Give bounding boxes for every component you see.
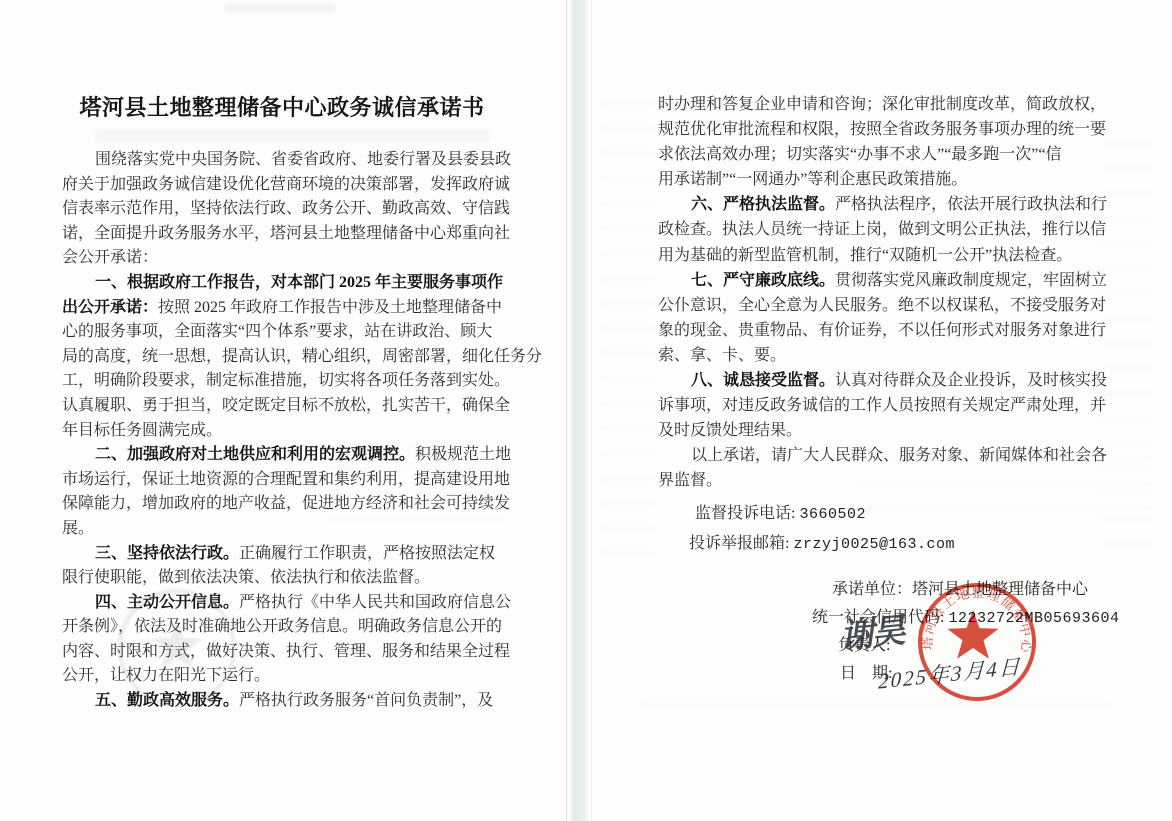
text-line: 保障能力，增加政府的地产收益，促进地方经济和社会可持续发 [62, 492, 508, 517]
text-line: 一、根据政府工作报告，对本部门 2025 年主要服务事项作 [62, 271, 508, 296]
text-line: 用承诺制”“一网通办”等利企惠民政策措施。 [658, 167, 1104, 192]
text-line: 出公开承诺：按照 2025 年政府工作报告中涉及土地整理储备中 [62, 296, 508, 321]
text-line: 求依法高效办理；切实落实“办事不求人”“最多跑一次”“信 [658, 142, 1104, 167]
bleed-smudge [225, 3, 335, 13]
phone-number: 3660502 [799, 506, 866, 523]
text-line: 认真履职、勇于担当，咬定既定目标不放松，扎实苦干，确保全 [62, 394, 508, 419]
text-line: 以上承诺，请广大人民群众、服务对象、新闻媒体和社会各 [658, 443, 1104, 468]
text-line: 二、加强政府对土地供应和利用的宏观调控。积极规范土地 [62, 443, 508, 468]
text-line: 规范优化审批流程和权限，按照全省政务服务事项办理的统一要 [658, 117, 1104, 142]
phone-label: 监督投诉电话: [695, 505, 799, 522]
phone-line: 监督投诉电话: 3660502 [658, 501, 1104, 527]
email-line: 投诉举报邮箱: zrzyj0025@163.com [658, 531, 1104, 557]
scanned-document: 塔河县土地整理储备中心政务诚信承诺书 围绕落实党中央国务院、省委省政府、地委行署… [0, 0, 1172, 821]
ghost-seal [113, 584, 241, 712]
text-line: 府关于加强政务诚信建设优化营商环境的决策部署，发挥政府诚 [62, 173, 508, 198]
text-line: 诉事项，对违反政务诚信的工作人员按照有关规定严肃处理，并 [658, 393, 1104, 418]
text-line: 界监督。 [658, 468, 1104, 493]
bleed-smudge [95, 129, 490, 142]
text-line: 用为基础的新型监管机制，推行“双随机一公开”执法检查。 [658, 243, 1104, 268]
text-line: 局的高度，统一思想，提高认识，精心组织，周密部署，细化任务分 [62, 345, 508, 370]
bleed-smudge [600, 100, 652, 570]
text-line: 展。 [62, 517, 508, 542]
text-line: 七、严守廉政底线。贯彻落实党风廉政制度规定，牢固树立 [658, 268, 1104, 293]
page-title: 塔河县土地整理储备中心政务诚信承诺书 [62, 91, 502, 122]
text-line: 政检查。执法人员统一持证上岗，做到文明公正执法，推行以信 [658, 217, 1104, 242]
official-seal: 塔河县土地整理储备中心 [914, 579, 1040, 705]
text-line: 市场运行，保证土地资源的合理配置和集约利用，提高建设用地 [62, 468, 508, 493]
text-line: 时办理和答复企业申请和咨询；深化审批制度改革，简政放权， [658, 92, 1104, 117]
bleed-smudge [1102, 120, 1152, 560]
right-page-paragraphs: 时办理和答复企业申请和咨询；深化审批制度改革，简政放权，规范优化审批流程和权限，… [658, 92, 1104, 494]
text-line: 公仆意识，全心全意为人民服务。绝不以权谋私，不接受服务对 [658, 293, 1104, 318]
page-gutter [566, 0, 592, 821]
seal-star-icon [947, 610, 998, 659]
text-line: 诺，全面提升政务服务水平，塔河县土地整理储备中心郑重向社 [62, 222, 508, 247]
text-line: 及时反馈处理结果。 [658, 418, 1104, 443]
text-line: 年目标任务圆满完成。 [62, 419, 508, 444]
text-line: 信表率示范作用，坚持依法行政、政务公开、勤政高效、守信践 [62, 197, 508, 222]
unit-label: 承诺单位： [832, 581, 912, 598]
text-line: 六、严格执法监督。严格执法程序，依法开展行政执法和行 [658, 192, 1104, 217]
principal-signature-handwriting: 谢昊 [838, 603, 905, 658]
text-line: 心的服务事项，全面落实“四个体系”要求，站在讲政治、顾大 [62, 320, 508, 345]
text-line: 象的现金、贵重物品、有价证券，不以任何形式对服务对象进行 [658, 318, 1104, 343]
email-label: 投诉举报邮箱: [689, 535, 793, 552]
text-line: 索、拿、卡、要。 [658, 343, 1104, 368]
text-line: 围绕落实党中央国务院、省委省政府、地委行署及县委县政 [62, 148, 508, 173]
right-page-body: 时办理和答复企业申请和咨询；深化审批制度改革，简政放权，规范优化审批流程和权限，… [658, 92, 1104, 557]
email-address: zrzyj0025@163.com [793, 536, 955, 553]
text-line: 三、坚持依法行政。正确履行工作职责，严格按照法定权 [62, 542, 508, 567]
text-line: 会公开承诺： [62, 246, 508, 271]
text-line: 八、诚恳接受监督。认真对待群众及企业投诉，及时核实投 [658, 368, 1104, 393]
text-line: 工，明确阶段要求，制定标准措施，切实将各项任务落到实处。 [62, 369, 508, 394]
